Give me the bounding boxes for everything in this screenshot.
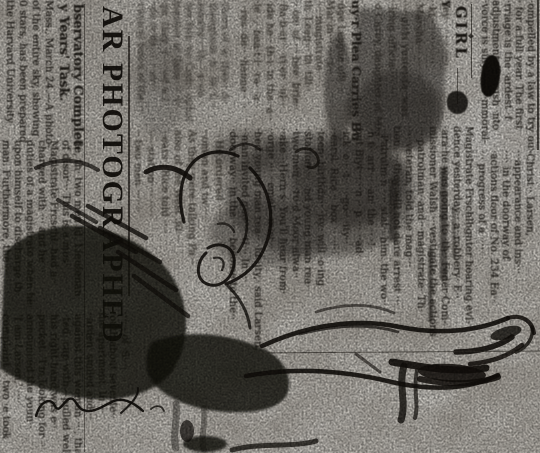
subhead-plea: uy·r Plea Carries Bu [346,0,364,148]
column-smudge-b: ·· on· of ··· bee· brie···Ba·b·er·· ·ri·… [232,0,302,142]
column-rule [537,0,539,150]
column-smudge-a: ·thors of ·a· thes·· A···thongtson ·h·· … [130,0,230,140]
column-magistrate-body: Magistrate Frschlhgnter hearing evi-denc… [389,126,475,453]
column-left-mid: de, th· two men ld. Lieutenan·of disor··… [0,140,84,312]
column-league: ·dge League offi····Mar·in··· ·····i····… [302,0,346,146]
column-rule [471,4,472,78]
headline-girl: GIRL [450,6,470,68]
column-left-lower: against this woman ···, that she·ted; ca… [0,314,84,452]
ink-blot [447,91,468,114]
column-west30: ·· He ordered ·······oman and tw·····As … [130,130,225,310]
newspaper-scan: AR PHOTOGRAPHED bservatory Completesy Ye… [0,0,540,453]
column-larsen-body: ·Christ·· Larsen,···appearance and ins··… [474,150,536,453]
column-center-under-sketch: ··Patrolm·n ···· stat·· him. the wo···h … [225,128,390,450]
column-harvard-body: Mass., March 24.—A photo-of the entire s… [0,0,55,150]
column-apartment: ······ of ·S·····outh about sevente··the… [84,312,130,452]
subhead-observatory: bservatory Completesy Years' Task. [54,4,84,149]
